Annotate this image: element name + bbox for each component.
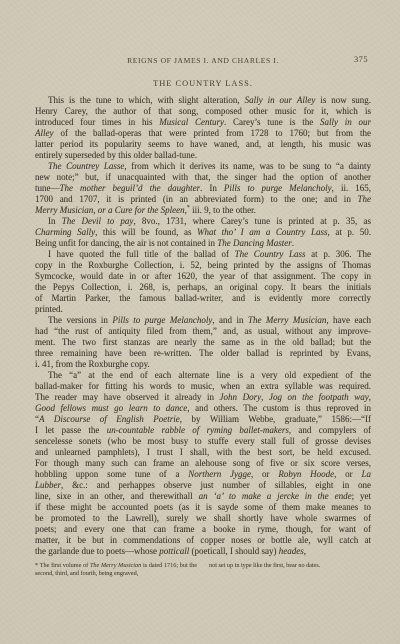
italic-text-run: Robyn Hoode: [278, 469, 334, 479]
italic-text-run: Jog on the footpath way: [269, 392, 369, 402]
italic-text-run: What tho’ I am a Country Lass: [197, 227, 327, 237]
text-run: had “the rust of antiquity filed from th…: [35, 326, 371, 336]
text-run: For though many such can frame an alehou…: [35, 458, 371, 468]
text-run: , ii. 165,: [332, 183, 371, 193]
text-run: ,: [304, 546, 306, 556]
paragraph: In The Devil to pay, 8vo., 1731, where C…: [35, 216, 371, 249]
text-run: The “a” at the end of each alternate lin…: [48, 370, 371, 380]
text-run: The reader may have observed it already …: [35, 392, 220, 402]
text-line: line, sixe in an other, and therewithall…: [35, 491, 371, 502]
text-line: Merry Musician, or a Cure for the Spleen…: [35, 205, 371, 216]
text-run: , have each: [326, 315, 371, 325]
book-page: REIGNS OF JAMES I. AND CHARLES I. 375 TH…: [0, 0, 400, 644]
text-line: The Countrey Lasse, from which it derive…: [35, 161, 371, 172]
paragraph: The versions in Pills to purge Melanchol…: [35, 315, 371, 370]
text-run: . Carey’s tune is the: [224, 117, 320, 127]
text-line: The versions in Pills to purge Melanchol…: [35, 315, 371, 326]
italic-text-run: Northern Jygge: [188, 469, 251, 479]
text-run: ,: [261, 392, 269, 402]
italic-text-run: The Dancing Master: [217, 238, 292, 248]
text-line: entirely superseded by this older ballad…: [35, 150, 371, 161]
text-run: Being unfit for dancing, the air is not …: [35, 238, 217, 248]
text-run: . In: [200, 183, 224, 193]
text-line: copy in the Roxburghe Collection, i. 52,…: [35, 260, 371, 271]
text-run: * The first volume of: [35, 562, 90, 569]
paragraph: I have quoted the full title of the ball…: [35, 249, 371, 315]
italic-text-run: John Dory: [220, 392, 262, 402]
italic-text-run: Alley: [35, 128, 54, 138]
text-line: the garlande due to poets—whose pottical…: [35, 546, 371, 557]
text-line: tune—The mother beguil’d the daughter. I…: [35, 183, 371, 194]
italic-text-run: Musical Century: [159, 117, 224, 127]
text-run: , &c.: and perhappes observe just number…: [61, 480, 371, 490]
text-run: iii. 9, to the other.: [190, 205, 256, 215]
footnote: * The first volume of The Merry Musician…: [35, 562, 371, 577]
italic-text-run: heades: [279, 546, 304, 556]
text-line: new note;” but, if unacquainted with tha…: [35, 172, 371, 183]
section-title: THE COUNTRY LASS.: [35, 79, 371, 88]
text-run: , and in: [212, 315, 248, 325]
text-run: and unlearned pamphlets), I trust I shal…: [35, 447, 371, 457]
text-line: Alley of the ballad-operas that were pri…: [35, 128, 371, 139]
text-line: Good fellows must go learn to dance, and…: [35, 403, 371, 414]
text-line: I let passe the un-countable rabble of r…: [35, 425, 371, 436]
text-line: Henry Carey, the author of that song, co…: [35, 106, 371, 117]
text-run: , or: [251, 469, 278, 479]
text-line: In The Devil to pay, 8vo., 1731, where C…: [35, 216, 371, 227]
italic-text-run: The Countrey Lasse: [48, 161, 124, 171]
footnote-right-column: not set up in type like the first, bear …: [209, 562, 371, 577]
text-line: Charming Sally, this will be found, as W…: [35, 227, 371, 238]
text-line: if these might be accounted poets (as it…: [35, 502, 371, 513]
text-run: , or: [334, 469, 361, 479]
italic-text-run: La: [361, 469, 371, 479]
text-run: ballad-maker for fitting his words to mu…: [35, 381, 371, 391]
italic-text-run: The Merry Musician: [90, 562, 141, 569]
text-run: Henry Carey, the author of that song, co…: [35, 106, 371, 116]
text-run: This is the tune to which, with slight a…: [48, 95, 245, 105]
text-run: , this will be found, as: [95, 227, 197, 237]
text-run: is now sung.: [315, 95, 371, 105]
running-title: REIGNS OF JAMES I. AND CHARLES I.: [35, 56, 371, 65]
text-run: The versions in: [48, 315, 112, 325]
italic-text-run: Lubber: [35, 480, 61, 490]
text-run: , by William Webbe, graduate,” 1586:—“If: [180, 414, 371, 424]
italic-text-run: potticall: [159, 546, 189, 556]
text-run: , and others. The custom is thus reprove…: [187, 403, 371, 413]
italic-text-run: The Devil to pay: [62, 216, 134, 226]
text-run: hobbling uppon some tune of a: [35, 469, 188, 479]
text-line: “A Discourse of English Poetrie, by Will…: [35, 414, 371, 425]
text-run: at p. 306. The: [306, 249, 372, 259]
text-run: if these might be accounted poets (as it…: [35, 502, 371, 512]
text-line: matter, it be but in commendations of co…: [35, 535, 371, 546]
text-run: I have quoted the full title of the ball…: [48, 249, 235, 259]
text-run: the garlande due to poets—whose: [35, 546, 159, 556]
italic-text-run: The Country Lass: [235, 249, 306, 259]
text-line: Symcocke, would date in or after 1620, t…: [35, 271, 371, 282]
text-line: and unlearned pamphlets), I trust I shal…: [35, 447, 371, 458]
text-run: , 8vo., 1731, where Carey’s tune is prin…: [133, 216, 371, 226]
text-line: The “a” at the end of each alternate lin…: [35, 370, 371, 381]
body-text: This is the tune to which, with slight a…: [35, 95, 371, 557]
italic-text-run: Charming Sally: [35, 227, 95, 237]
text-line: the Pepys Collection, i. 268, is, perhap…: [35, 282, 371, 293]
text-run: , and compylers of: [289, 425, 371, 435]
text-line: sencelesse sonets (who be most busy to s…: [35, 436, 371, 447]
italic-text-run: The mother beguil’d the daughter: [60, 183, 201, 193]
text-run: matter, it be but in commendations of co…: [35, 535, 371, 545]
text-line: The reader may have observed it already …: [35, 392, 371, 403]
text-run: printed.: [35, 304, 63, 314]
italic-text-run: Pills to purge Melancholy: [112, 315, 212, 325]
text-run: 1700 and 1707, it is printed (in an abbr…: [35, 194, 358, 204]
text-run: I let passe the: [35, 425, 107, 435]
text-run: , from which it derives its name, was to…: [124, 161, 371, 171]
text-line: i. 41, from the Roxburghe copy.: [35, 359, 371, 370]
text-line: introduced four times in his Musical Cen…: [35, 117, 371, 128]
text-run: of the ballad-operas that were printed f…: [54, 128, 372, 138]
text-run: ; yet: [352, 491, 371, 501]
text-run: In: [48, 216, 62, 226]
paragraph: The Countrey Lasse, from which it derive…: [35, 161, 371, 216]
text-run: three remaining have been re-written. Th…: [35, 348, 371, 358]
text-run: , at p. 50.: [328, 227, 371, 237]
running-header: REIGNS OF JAMES I. AND CHARLES I. 375: [35, 56, 371, 68]
text-line: of Martin Parker, the famous ballad-writ…: [35, 293, 371, 304]
text-line: This is the tune to which, with slight a…: [35, 95, 371, 106]
text-line: Being unfit for dancing, the air is not …: [35, 238, 371, 249]
text-line: printed.: [35, 304, 371, 315]
text-line: I have quoted the full title of the ball…: [35, 249, 371, 260]
text-line: three remaining have been re-written. Th…: [35, 348, 371, 359]
text-line: had “the rust of antiquity filed from th…: [35, 326, 371, 337]
text-run: ,: [369, 392, 371, 402]
text-line: latter period its popularity seems to ha…: [35, 139, 371, 150]
text-line: poets; and every one that can frame a bo…: [35, 524, 371, 535]
paragraph: The “a” at the end of each alternate lin…: [35, 370, 371, 557]
page-number: 375: [354, 55, 368, 64]
italic-text-run: Sally in our Alley: [245, 95, 316, 105]
italic-text-run: Good fellows must go learn to dance: [35, 403, 187, 413]
italic-text-run: an ‘a’ to make a jercke in the ende: [199, 491, 352, 501]
text-run: ment. The two first stanzas are nearly t…: [35, 337, 371, 347]
text-line: ballad-maker for fitting his words to mu…: [35, 381, 371, 392]
text-run: line, sixe in an other, and therewithall: [35, 491, 199, 501]
text-run: .: [292, 238, 294, 248]
text-run: tune—: [35, 183, 60, 193]
text-line: be promoted to the Lawrell), surely we s…: [35, 513, 371, 524]
text-run: i. 41, from the Roxburghe copy.: [35, 359, 150, 369]
italic-text-run: The: [358, 194, 372, 204]
text-run: the Pepys Collection, i. 268, is, perhap…: [35, 282, 371, 292]
italic-text-run: Merry Musician, or a Cure for the Spleen: [35, 205, 185, 215]
text-run: sencelesse sonets (who be most busy to s…: [35, 436, 371, 446]
text-run: Symcocke, would date in or after 1620, t…: [35, 271, 371, 281]
text-line: Lubber, &c.: and perhappes observe just …: [35, 480, 371, 491]
text-run: copy in the Roxburghe Collection, i. 52,…: [35, 260, 371, 270]
text-run: of Martin Parker, the famous ballad-writ…: [35, 293, 371, 303]
italic-text-run: Pills to purge Melancholy: [224, 183, 332, 193]
text-run: latter period its popularity seems to ha…: [35, 139, 371, 149]
footnote-left-column: * The first volume of The Merry Musician…: [35, 562, 197, 577]
text-run: (poeticall, I should say): [189, 546, 278, 556]
paragraph: This is the tune to which, with slight a…: [35, 95, 371, 161]
text-line: For though many such can frame an alehou…: [35, 458, 371, 469]
italic-text-run: un-countable rabble of ryming ballet-mak…: [107, 425, 289, 435]
text-line: ment. The two first stanzas are nearly t…: [35, 337, 371, 348]
text-run: poets; and every one that can frame a bo…: [35, 524, 371, 534]
italic-text-run: Sally in our: [320, 117, 371, 127]
text-run: introduced four times in his: [35, 117, 159, 127]
text-line: hobbling uppon some tune of a Northern J…: [35, 469, 371, 480]
text-line: 1700 and 1707, it is printed (in an abbr…: [35, 194, 371, 205]
text-run: be promoted to the Lawrell), surely we s…: [35, 513, 371, 523]
italic-text-run: The Merry Musician: [248, 315, 326, 325]
text-run: entirely superseded by this older ballad…: [35, 150, 197, 160]
text-run: new note;” but, if unacquainted with tha…: [35, 172, 371, 182]
text-run: not set up in type like the first, bear …: [209, 562, 320, 569]
italic-text-run: A Discourse of English Poetrie: [39, 414, 180, 424]
